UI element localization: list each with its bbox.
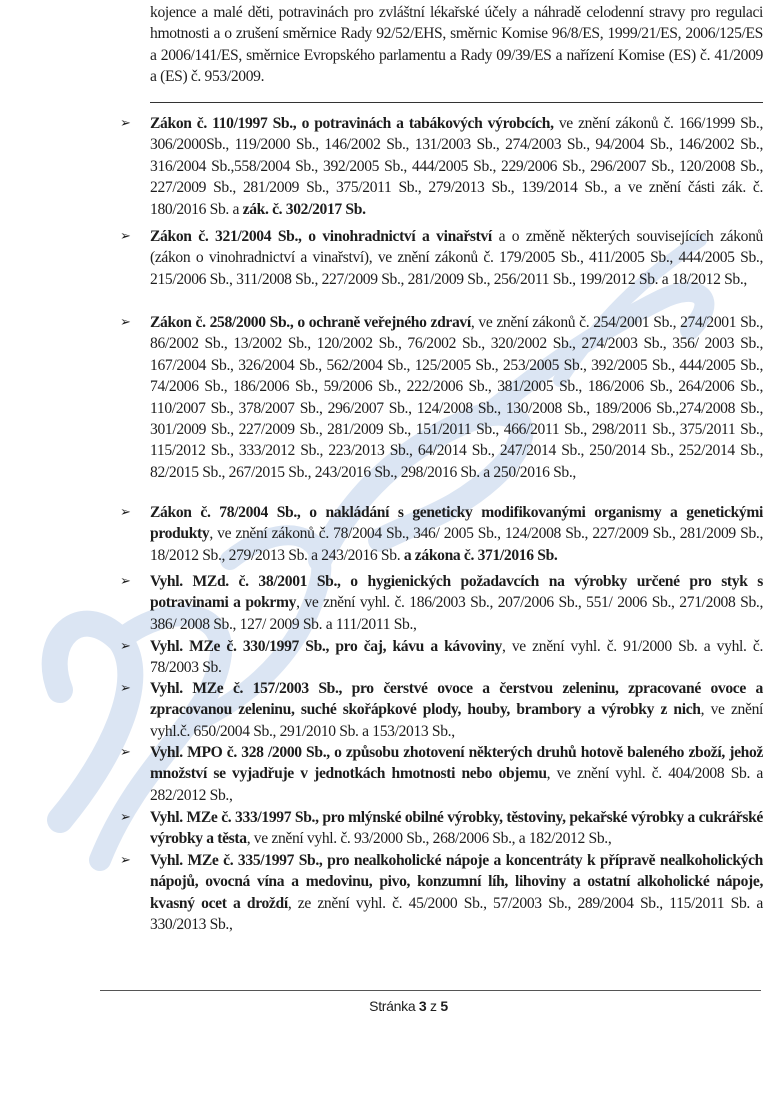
legislation-title: Zákon č. 321/2004 Sb., o vinohradnictví … (150, 228, 492, 245)
arrow-bullet-icon: ➢ (120, 312, 131, 333)
legislation-title: Zákon č. 258/2000 Sb., o ochraně veřejné… (150, 314, 471, 331)
intro-paragraph: kojence a malé děti, potravinách pro zvl… (150, 2, 763, 88)
arrow-bullet-icon: ➢ (120, 226, 131, 247)
legislation-item: ➢Vyhl. MPO č. 328 /2000 Sb., o způsobu z… (150, 742, 763, 806)
arrow-bullet-icon: ➢ (120, 807, 131, 828)
legislation-item: ➢Zákon č. 110/1997 Sb., o potravinách a … (150, 113, 763, 220)
page-label: Stránka (369, 998, 419, 1014)
page-of: z (426, 998, 440, 1014)
footer-divider (100, 990, 761, 991)
legislation-title: Vyhl. MZe č. 157/2003 Sb., pro čerstvé o… (150, 680, 763, 718)
legislation-latest-amendment: a zákona č. 371/2016 Sb. (404, 547, 558, 564)
arrow-bullet-icon: ➢ (120, 742, 131, 763)
legislation-item: ➢Zákon č. 78/2004 Sb., o nakládání s gen… (150, 502, 763, 566)
arrow-bullet-icon: ➢ (120, 571, 131, 592)
page-number: Stránka 3 z 5 (0, 998, 777, 1014)
legislation-item: ➢Vyhl. MZe č. 333/1997 Sb., pro mlýnské … (150, 807, 763, 850)
legislation-item: ➢Zákon č. 258/2000 Sb., o ochraně veřejn… (150, 312, 763, 483)
arrow-bullet-icon: ➢ (120, 678, 131, 699)
legislation-title: Vyhl. MZe č. 330/1997 Sb., pro čaj, kávu… (150, 638, 502, 655)
legislation-item: ➢Vyhl. MZe č. 157/2003 Sb., pro čerstvé … (150, 678, 763, 742)
legislation-item: ➢Zákon č. 321/2004 Sb., o vinohradnictví… (150, 226, 763, 290)
arrow-bullet-icon: ➢ (120, 850, 131, 871)
legislation-title: Zákon č. 110/1997 Sb., o potravinách a t… (150, 115, 554, 132)
section-divider (150, 102, 763, 103)
legislation-amendments: , ve znění zákonů č. 254/2001 Sb., 274/2… (150, 314, 763, 481)
document-page: kojence a malé děti, potravinách pro zvl… (0, 0, 777, 1100)
arrow-bullet-icon: ➢ (120, 113, 131, 134)
legislation-item: ➢Vyhl. MZe č. 330/1997 Sb., pro čaj, káv… (150, 636, 763, 679)
arrow-bullet-icon: ➢ (120, 636, 131, 657)
legislation-amendments: , ve znění vyhl. č. 93/2000 Sb., 268/200… (247, 830, 612, 847)
legislation-item: ➢Vyhl. MZe č. 335/1997 Sb., pro nealkoho… (150, 850, 763, 936)
legislation-latest-amendment: zák. č. 302/2017 Sb. (243, 201, 366, 218)
total-pages: 5 (440, 998, 448, 1014)
arrow-bullet-icon: ➢ (120, 502, 131, 523)
legislation-item: ➢Vyhl. MZd. č. 38/2001 Sb., o hygienický… (150, 571, 763, 635)
